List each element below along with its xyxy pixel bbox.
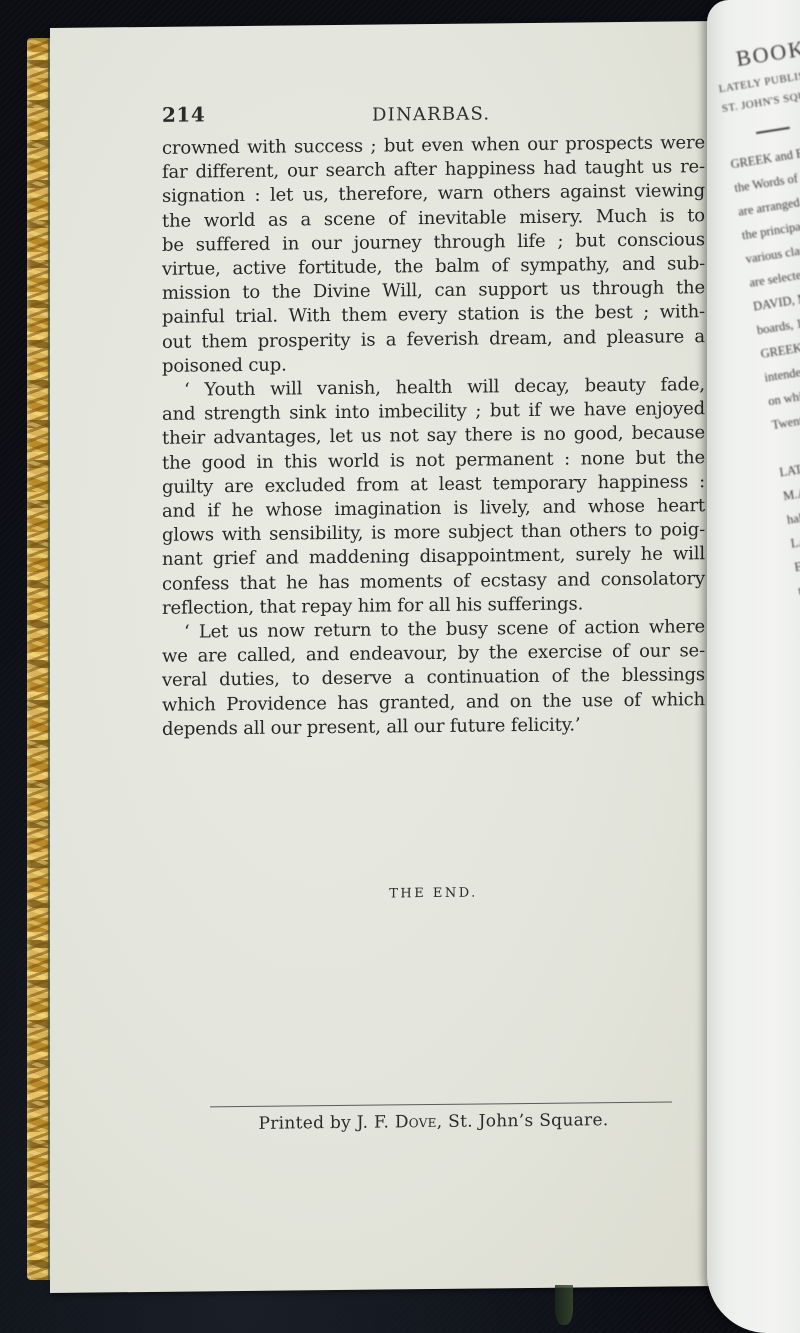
- page-content: 214 DINARBAS. crowned with success ; but…: [162, 97, 705, 742]
- running-head: 214 DINARBAS.: [162, 97, 705, 137]
- book-page-left: 214 DINARBAS. crowned with success ; but…: [50, 21, 720, 1293]
- imprint-rule: [210, 1101, 672, 1107]
- text-line: depends all our present, all our future …: [162, 712, 705, 742]
- body-text: crowned with success ; but even when our…: [162, 131, 705, 742]
- adjacent-page-text: BOOKS LATELY PUBLISHED BY ST. JOHN'S SQU…: [711, 9, 800, 1077]
- adjacent-page-heading: BOOKS: [734, 19, 800, 73]
- running-title: DINARBAS.: [372, 103, 490, 125]
- the-end-label: THE END.: [162, 883, 705, 904]
- imprint-suffix: , St. John’s Square.: [437, 1110, 609, 1132]
- imprint-prefix: Printed by J. F.: [258, 1112, 394, 1133]
- imprint-printer-name: Dove: [395, 1112, 437, 1132]
- printer-imprint: Printed by J. F. Dove, St. John’s Square…: [162, 1109, 705, 1135]
- page-number: 214: [162, 102, 205, 126]
- adjacent-page-list: GREEK and ENGLISH LEXICONthe Words of th…: [729, 121, 800, 1077]
- adjacent-page-curled: BOOKS LATELY PUBLISHED BY ST. JOHN'S SQU…: [707, 0, 800, 1333]
- adjacent-page-dash: [756, 127, 790, 134]
- bookmark-ribbon: [555, 1285, 573, 1325]
